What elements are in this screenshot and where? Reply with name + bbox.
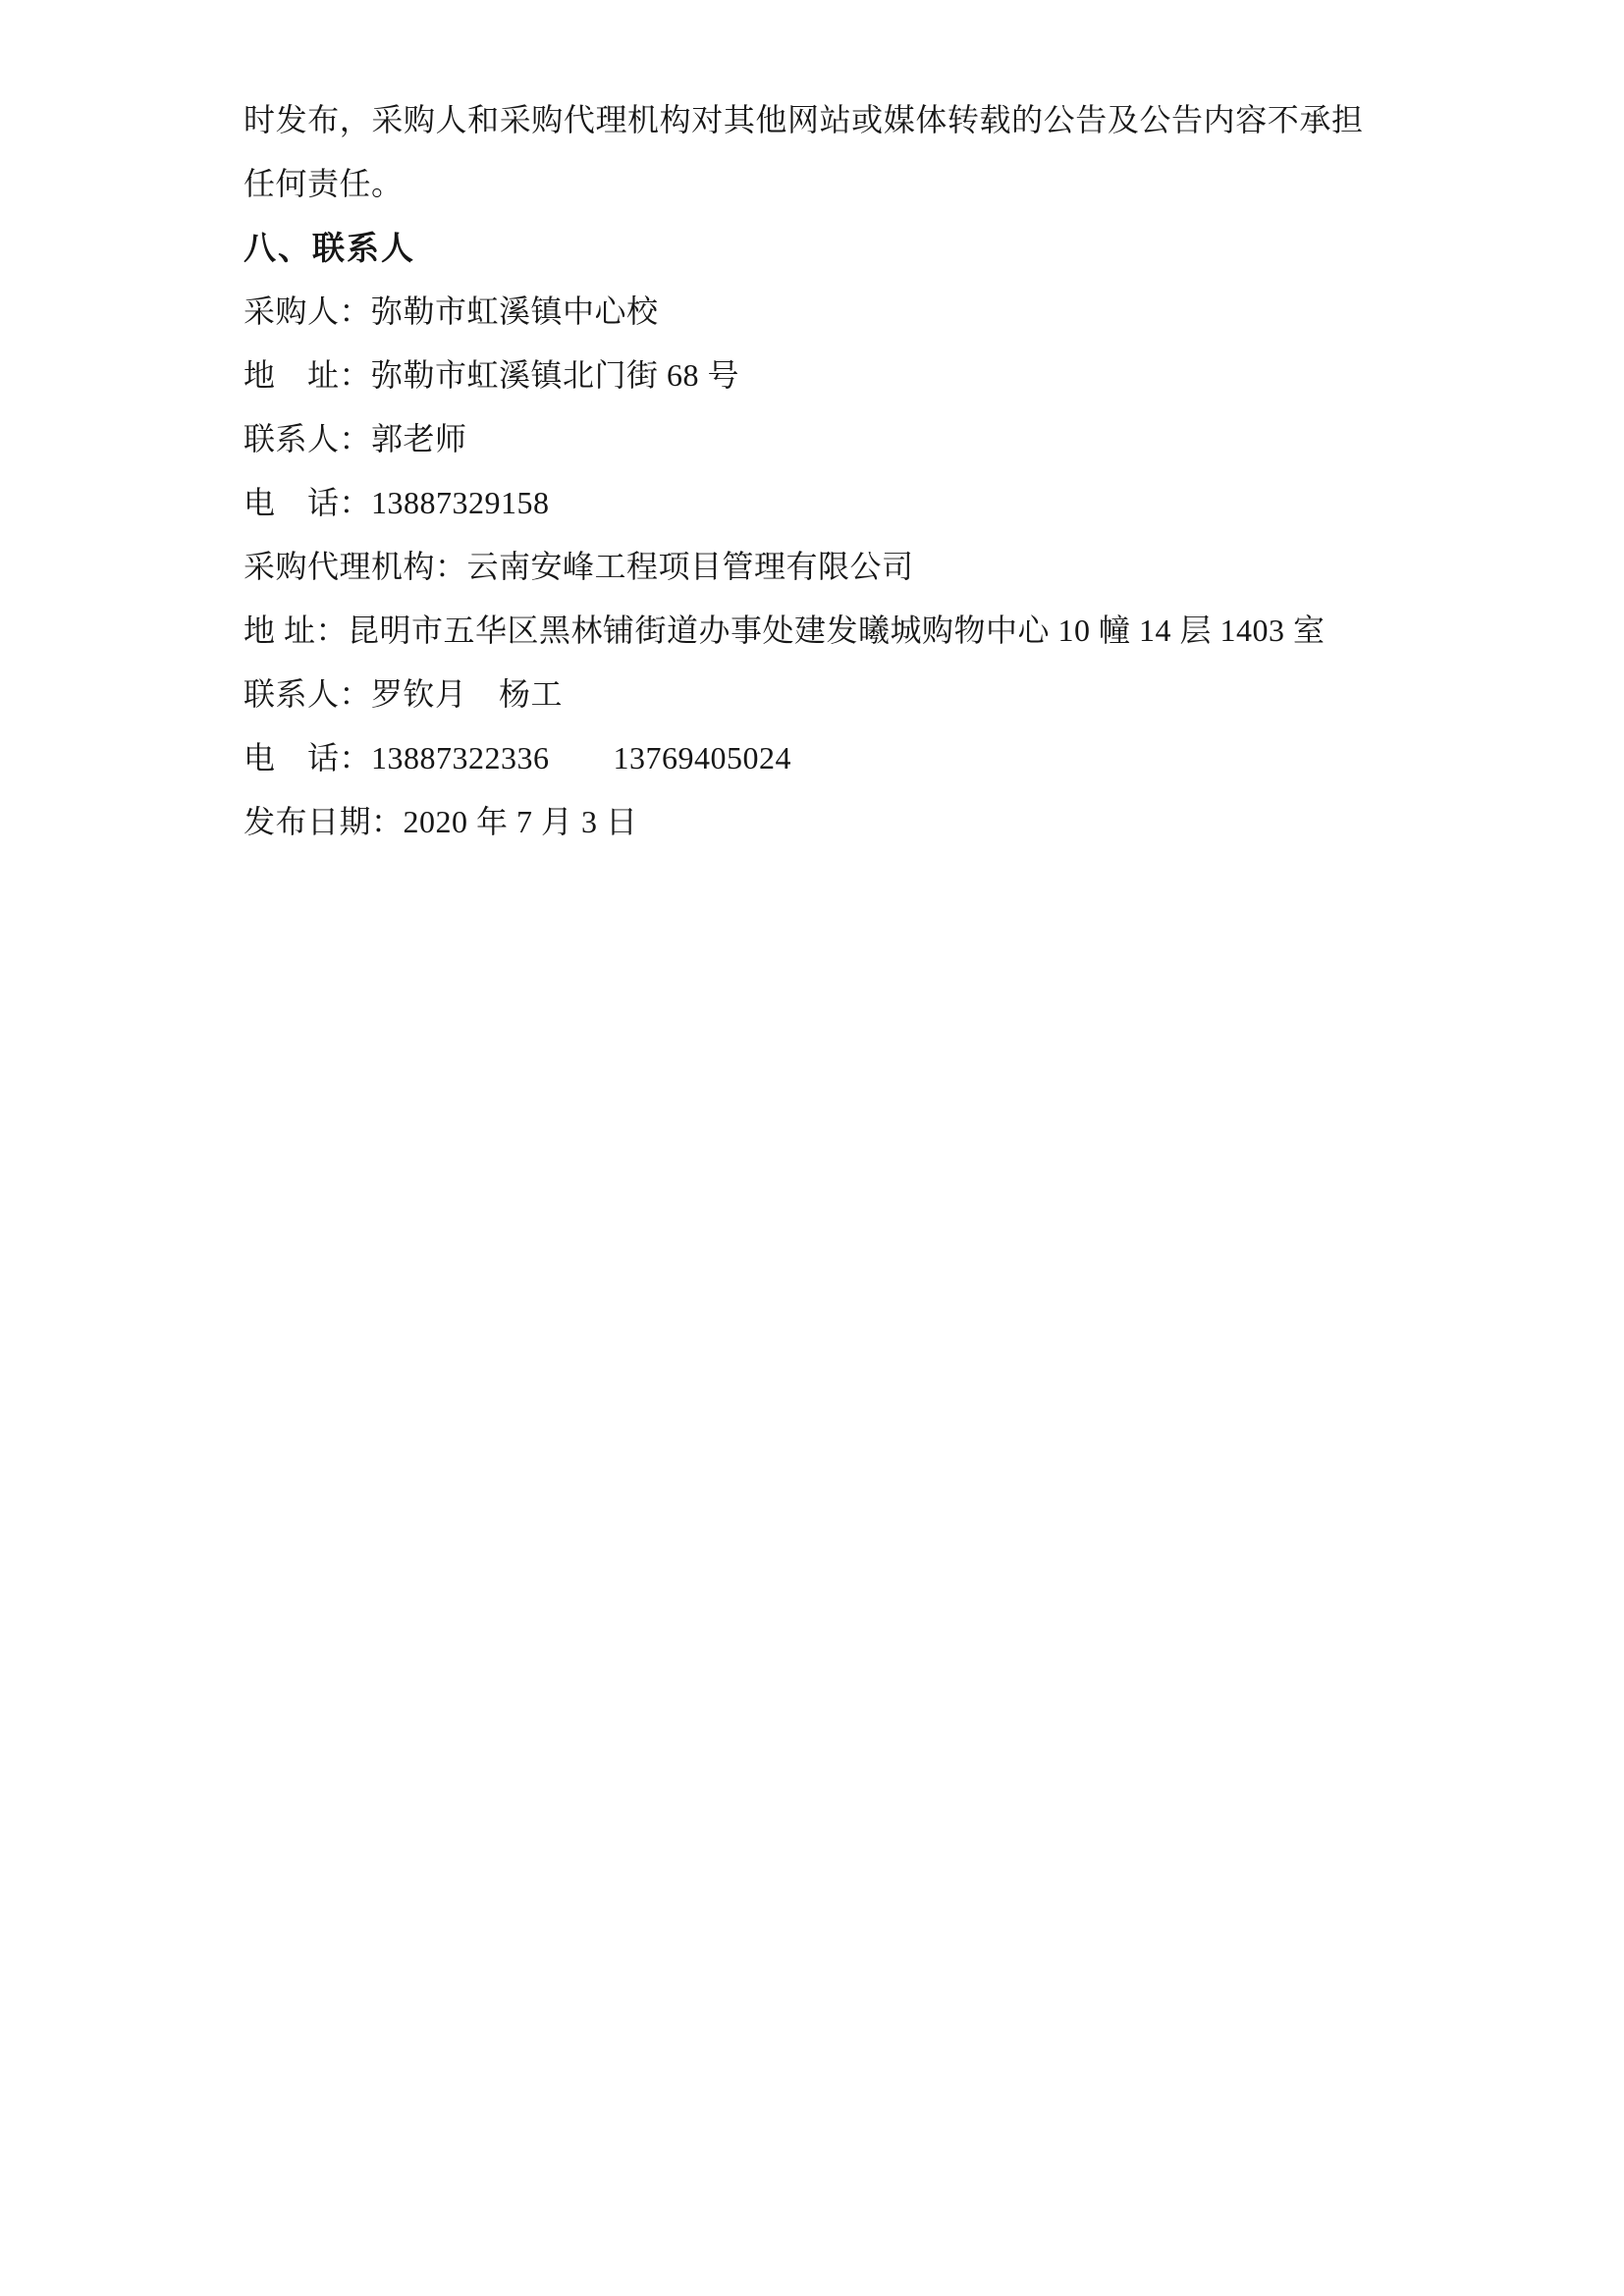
purchaser-contact-line: 联系人：郭老师 — [244, 407, 1363, 471]
agency-address-line: 地 址：昆明市五华区黑林铺街道办事处建发曦城购物中心 10 幢 14 层 140… — [244, 599, 1363, 663]
agency-line: 采购代理机构：云南安峰工程项目管理有限公司 — [244, 535, 1363, 599]
purchaser-address-line: 地 址：弥勒市虹溪镇北门街 68 号 — [244, 344, 1363, 407]
document-content: 时发布，采购人和采购代理机构对其他网站或媒体转载的公告及公告内容不承担 任何责任… — [244, 88, 1363, 854]
section-heading-contacts: 八、联系人 — [244, 216, 1363, 280]
agency-phone-line: 电 话：13887322336 13769405024 — [244, 726, 1363, 790]
purchaser-line: 采购人：弥勒市虹溪镇中心校 — [244, 280, 1363, 344]
purchaser-phone-line: 电 话：13887329158 — [244, 471, 1363, 535]
agency-contact-line: 联系人：罗钦月 杨工 — [244, 663, 1363, 726]
continuation-paragraph-line-2: 任何责任。 — [244, 152, 1363, 216]
publish-date-line: 发布日期：2020 年 7 月 3 日 — [244, 790, 1363, 854]
continuation-paragraph-line-1: 时发布，采购人和采购代理机构对其他网站或媒体转载的公告及公告内容不承担 — [244, 88, 1363, 152]
document-page: 时发布，采购人和采购代理机构对其他网站或媒体转载的公告及公告内容不承担 任何责任… — [0, 0, 1624, 2296]
